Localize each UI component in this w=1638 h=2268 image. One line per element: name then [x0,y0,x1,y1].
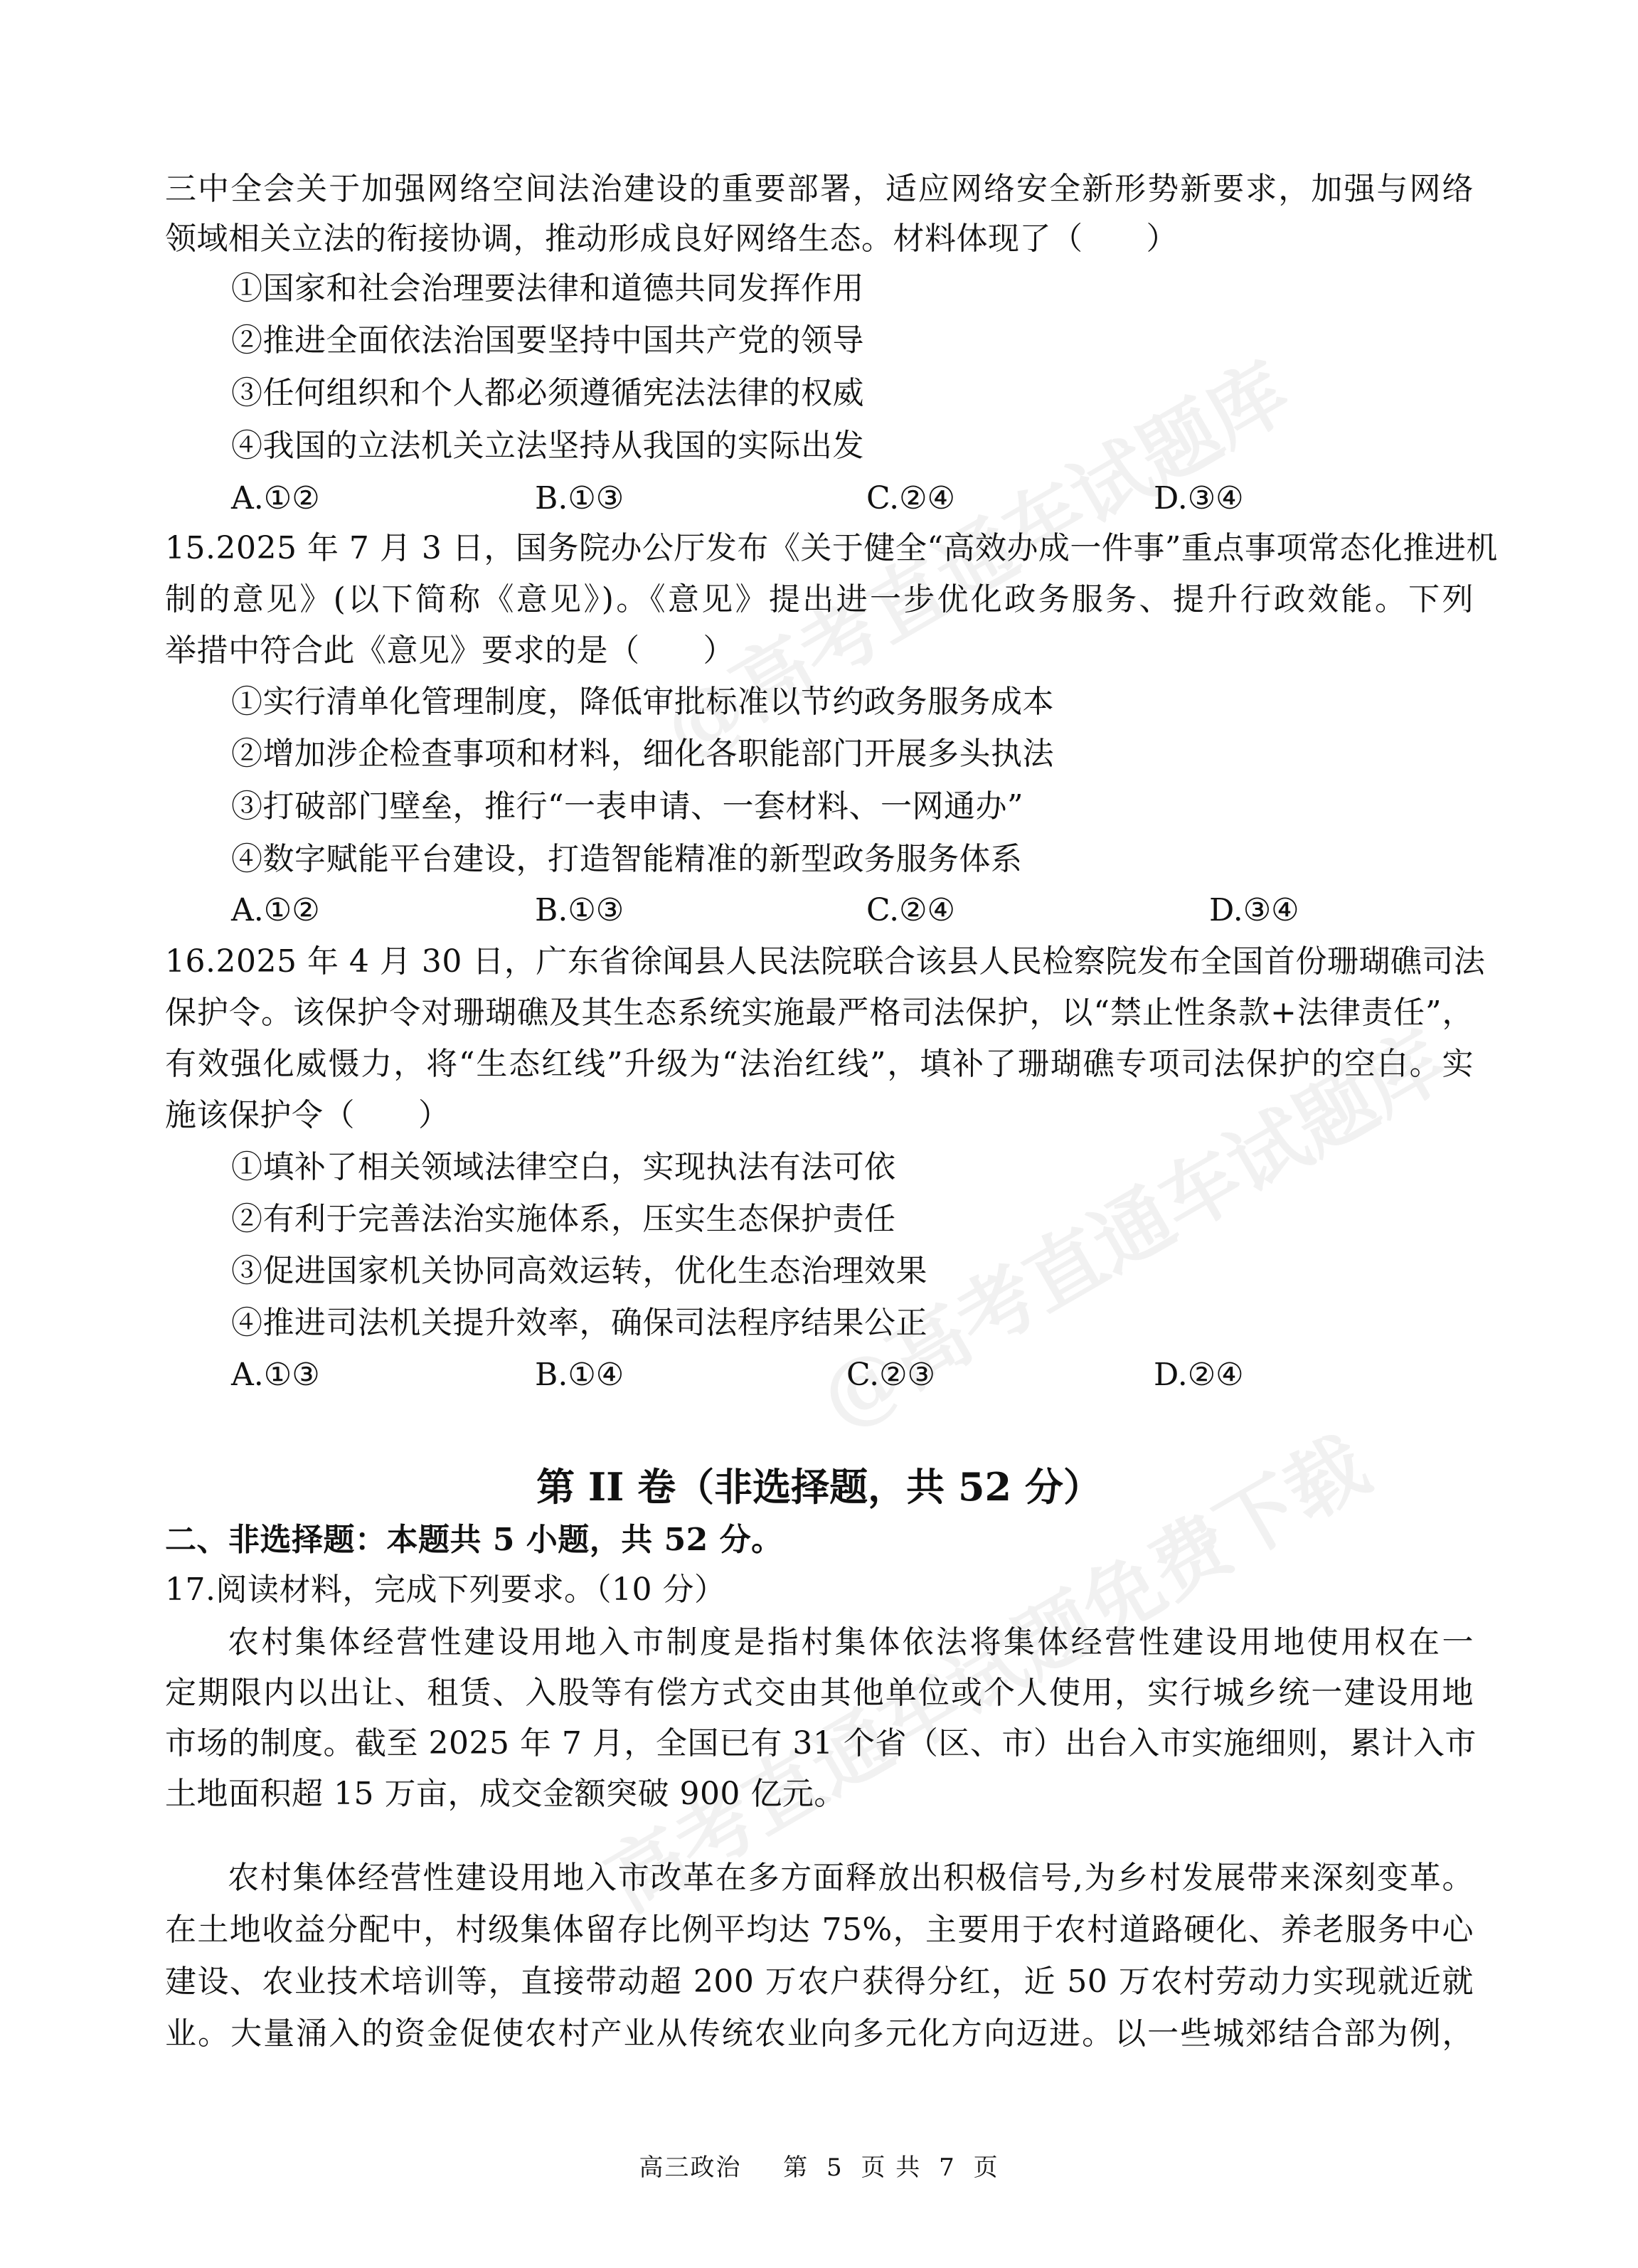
choice-c[interactable]: C.②④ [866,477,955,520]
answer-choices: A.①② B.①③ C.②④ D.③④ [0,477,1638,520]
question-stem-line: 三中全会关于加强网络空间法治建设的重要部署，适应网络安全新形势新要求，加强与网络 [165,168,1474,211]
choice-d[interactable]: D.③④ [1154,477,1244,520]
section-title: 第 II 卷（非选择题，共 52 分） [0,1462,1638,1512]
question-17-heading: 17.阅读材料，完成下列要求。（10 分） [165,1569,1474,1611]
choice-a[interactable]: A.①③ [231,1354,320,1397]
paragraph-line: 农村集体经营性建设用地入市制度是指村集体依法将集体经营性建设用地使用权在一 [228,1621,1474,1664]
footer-total-pages: 7 [939,2153,956,2182]
statement-item: ①实行清单化管理制度，降低审批标准以节约政务服务成本 [231,681,1054,724]
statement-item: ③任何组织和个人都必须遵循宪法法律的权威 [231,372,864,415]
page-footer: 高三政治 第 5 页 共 7 页 [0,2152,1638,2183]
statement-item: ②推进全面依法治国要坚持中国共产党的领导 [231,319,864,362]
question-stem-line: 领域相关立法的衔接协调，推动形成良好网络生态。材料体现了（ ） [165,218,1474,260]
footer-page-suffix: 页 [974,2153,999,2182]
choice-c[interactable]: C.②③ [846,1354,935,1397]
paragraph-line: 市场的制度。截至 2025 年 7 月，全国已有 31 个省（区、市）出台入市实… [165,1722,1474,1765]
paragraph-line: 在土地收益分配中，村级集体留存比例平均达 75%，主要用于农村道路硬化、养老服务… [165,1909,1474,1951]
choice-d[interactable]: D.②④ [1154,1354,1244,1397]
choice-d[interactable]: D.③④ [1209,889,1299,932]
statement-item: ③促进国家机关协同高效运转，优化生态治理效果 [231,1250,927,1293]
question-stem-line: 16.2025 年 4 月 30 日，广东省徐闻县人民法院联合该县人民检察院发布… [165,940,1474,983]
answer-choices: A.①② B.①③ C.②④ D.③④ [0,889,1638,932]
choice-b[interactable]: B.①③ [535,477,624,520]
paragraph-line: 定期限内以出让、租赁、入股等有偿方式交由其他单位或个人使用，实行城乡统一建设用地 [165,1672,1474,1715]
question-stem-line: 制的意见》(以下简称《意见》)。《意见》提出进一步优化政务服务、提升行政效能。下… [165,578,1474,621]
paragraph-line: 土地面积超 15 万亩，成交金额突破 900 亿元。 [165,1773,1474,1816]
choice-a[interactable]: A.①② [231,889,320,932]
footer-subject: 高三政治 [639,2153,741,2182]
paragraph-line: 业。大量涌入的资金促使农村产业从传统农业向多元化方向迈进。以一些城郊结合部为例， [165,2013,1474,2055]
statement-item: ③打破部门壁垒，推行“一表申请、一套材料、一网通办” [231,785,1023,828]
statement-item: ④我国的立法机关立法坚持从我国的实际出发 [231,425,864,467]
statement-item: ②增加涉企检查事项和材料，细化各职能部门开展多头执法 [231,733,1054,775]
paragraph-line: 农村集体经营性建设用地入市改革在多方面释放出积极信号,为乡村发展带来深刻变革。 [228,1857,1474,1899]
footer-page-number: 5 [826,2153,844,2182]
answer-choices: A.①③ B.①④ C.②③ D.②④ [0,1354,1638,1397]
statement-item: ①填补了相关领域法律空白，实现执法有法可依 [231,1146,896,1189]
statement-item: ①国家和社会治理要法律和道德共同发挥作用 [231,267,864,310]
exam-page: @高考直通车试题库 @高考直通车试题库 高考直通车试题免费下载 三中全会关于加强… [0,0,1638,2268]
question-stem-line: 举措中符合此《意见》要求的是（ ） [165,630,1474,672]
question-stem-line: 有效强化威慑力，将“生态红线”升级为“法治红线”，填补了珊瑚礁专项司法保护的空白… [165,1043,1474,1086]
paragraph-line: 建设、农业技术培训等，直接带动超 200 万农户获得分红，近 50 万农村劳动力… [165,1961,1474,2003]
question-stem-line: 保护令。该保护令对珊瑚礁及其生态系统实施最严格司法保护，以“禁止性条款+法律责任… [165,992,1474,1034]
statement-item: ④推进司法机关提升效率，确保司法程序结果公正 [231,1302,927,1345]
statement-item: ④数字赋能平台建设，打造智能精准的新型政务服务体系 [231,838,1023,881]
question-stem-line: 15.2025 年 7 月 3 日，国务院办公厅发布《关于健全“高效办成一件事”… [165,527,1474,570]
section-heading: 二、非选择题：本题共 5 小题，共 52 分。 [165,1519,1474,1562]
question-stem-line: 施该保护令（ ） [165,1094,1474,1137]
choice-b[interactable]: B.①③ [535,889,624,932]
choice-a[interactable]: A.①② [231,477,320,520]
statement-item: ②有利于完善法治实施体系，压实生态保护责任 [231,1198,896,1241]
footer-page-mid: 页 共 [861,2153,922,2182]
footer-page-prefix: 第 [783,2153,809,2182]
choice-b[interactable]: B.①④ [535,1354,624,1397]
choice-c[interactable]: C.②④ [866,889,955,932]
